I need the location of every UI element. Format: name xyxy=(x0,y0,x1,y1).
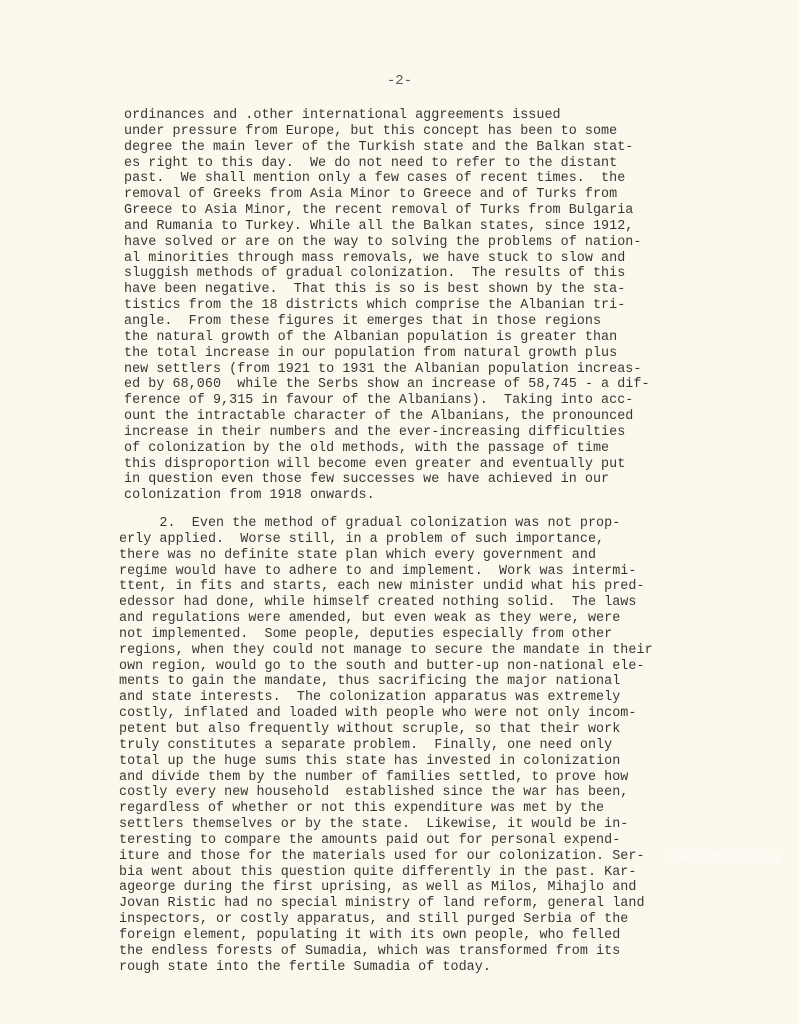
text-line: Greece to Asia Minor, the recent removal… xyxy=(124,203,764,219)
text-line: colonization from 1918 onwards. xyxy=(124,488,764,504)
text-line: and Rumania to Turkey. While all the Bal… xyxy=(124,219,764,235)
text-line: settlers themselves or by the state. Lik… xyxy=(119,817,759,833)
text-line: angle. From these figures it emerges tha… xyxy=(124,314,764,330)
text-line: and regulations were amended, but even w… xyxy=(119,611,759,627)
text-line: al minorities through mass removals, we … xyxy=(124,251,764,267)
text-line: regions, when they could not manage to s… xyxy=(119,643,759,659)
text-line: total up the huge sums this state has in… xyxy=(119,754,759,770)
text-line: ments to gain the mandate, thus sacrific… xyxy=(119,674,759,690)
text-line: this disproportion will become even grea… xyxy=(124,457,764,473)
text-line: truly constitutes a separate problem. Fi… xyxy=(119,738,759,754)
text-line: removal of Greeks from Asia Minor to Gre… xyxy=(124,187,764,203)
text-line: regardless of whether or not this expend… xyxy=(119,801,759,817)
text-line: Jovan Ristic had no special ministry of … xyxy=(119,896,759,912)
text-line: petent but also frequently without scrup… xyxy=(119,722,759,738)
text-line: ttent, in fits and starts, each new mini… xyxy=(119,579,759,595)
text-line: have been negative. That this is so is b… xyxy=(124,282,764,298)
text-line: costly every new household established s… xyxy=(119,785,759,801)
paragraph-1: ordinances and .other international aggr… xyxy=(124,108,764,504)
text-line: not implemented. Some people, deputies e… xyxy=(119,627,759,643)
text-line: ount the intractable character of the Al… xyxy=(124,409,764,425)
text-line: foreign element, populating it with its … xyxy=(119,928,759,944)
text-line: inspectors, or costly apparatus, and sti… xyxy=(119,912,759,928)
text-line: and divide them by the number of familie… xyxy=(119,770,759,786)
text-line: ed by 68,060 while the Serbs show an inc… xyxy=(124,377,764,393)
text-line: have solved or are on the way to solving… xyxy=(124,235,764,251)
text-line: increase in their numbers and the ever-i… xyxy=(124,425,764,441)
text-line: es right to this day. We do not need to … xyxy=(124,156,764,172)
text-line: and state interests. The colonization ap… xyxy=(119,690,759,706)
text-line: iture and those for the materials used f… xyxy=(119,849,759,865)
text-line: the total increase in our population fro… xyxy=(124,346,764,362)
text-line: erly applied. Worse still, in a problem … xyxy=(119,532,759,548)
text-line: ageorge during the first uprising, as we… xyxy=(119,880,759,896)
text-line: past. We shall mention only a few cases … xyxy=(124,171,764,187)
text-line: costly, inflated and loaded with people … xyxy=(119,706,759,722)
text-line: teresting to compare the amounts paid ou… xyxy=(119,833,759,849)
watermark: @lezioni di storia xyxy=(665,848,779,865)
text-line: own region, would go to the south and bu… xyxy=(119,659,759,675)
text-line: degree the main lever of the Turkish sta… xyxy=(124,140,764,156)
text-line: under pressure from Europe, but this con… xyxy=(124,124,764,140)
text-line: ference of 9,315 in favour of the Albani… xyxy=(124,393,764,409)
text-line: edessor had done, while himself created … xyxy=(119,595,759,611)
page-number: -2- xyxy=(0,73,799,89)
text-line: the endless forests of Sumadia, which wa… xyxy=(119,944,759,960)
text-line: ordinances and .other international aggr… xyxy=(124,108,764,124)
text-line: the natural growth of the Albanian popul… xyxy=(124,330,764,346)
text-line: 2. Even the method of gradual colonizati… xyxy=(119,516,759,532)
text-line: regime would have to adhere to and imple… xyxy=(119,564,759,580)
paragraph-2: 2. Even the method of gradual colonizati… xyxy=(119,516,759,975)
text-line: rough state into the fertile Sumadia of … xyxy=(119,960,759,976)
text-line: tistics from the 18 districts which comp… xyxy=(124,298,764,314)
text-line: sluggish methods of gradual colonization… xyxy=(124,266,764,282)
text-line: new settlers (from 1921 to 1931 the Alba… xyxy=(124,362,764,378)
text-line: there was no definite state plan which e… xyxy=(119,548,759,564)
text-line: bia went about this question quite diffe… xyxy=(119,865,759,881)
text-line: of colonization by the old methods, with… xyxy=(124,441,764,457)
text-line: in question even those few successes we … xyxy=(124,472,764,488)
